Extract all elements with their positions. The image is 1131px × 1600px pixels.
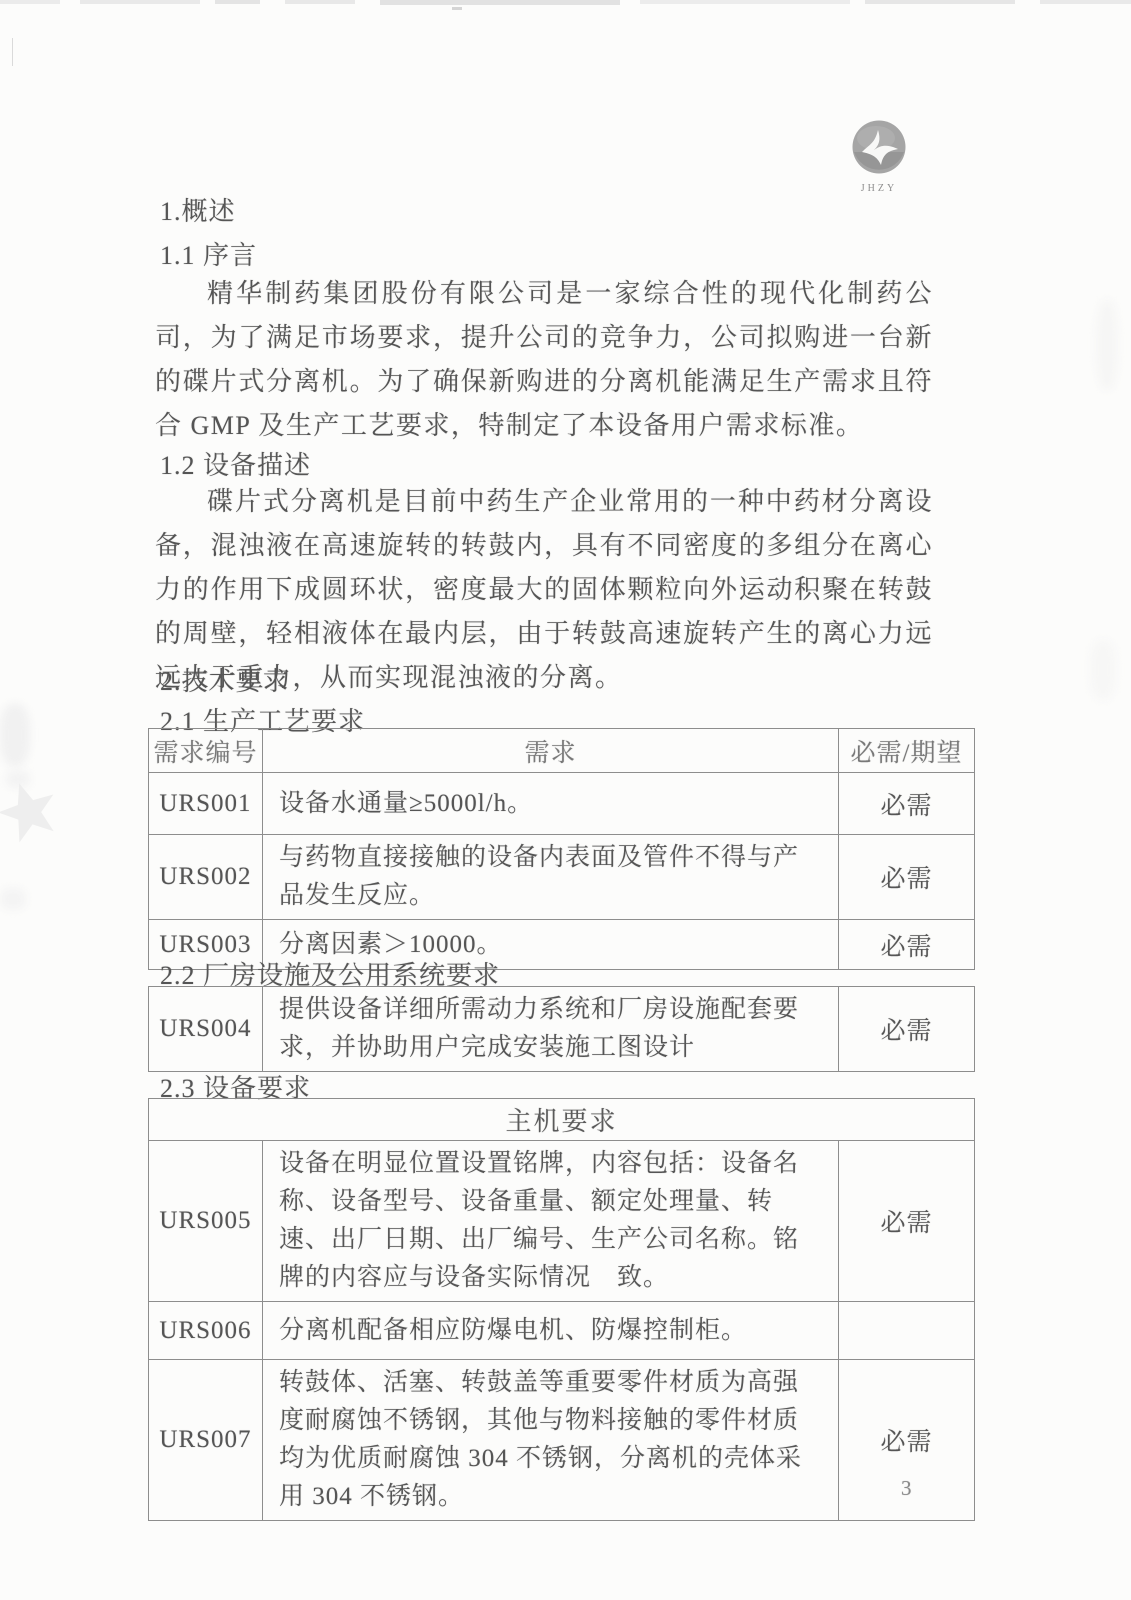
scan-artifact bbox=[12, 38, 13, 66]
table-row: URS007 转鼓体、活塞、转鼓盖等重要零件材质为高强度耐腐蚀不锈钢，其他与物料… bbox=[149, 1360, 975, 1521]
logo-mark-icon bbox=[850, 163, 908, 180]
paragraph-preface: 精华制药集团股份有限公司是一家综合性的现代化制药公司，为了满足市场要求，提升公司… bbox=[155, 272, 933, 448]
requirement-id-cell: URS007 bbox=[149, 1360, 263, 1521]
requirement-text-cell: 与药物直接接触的设备内表面及管件不得与产品发生反应。 bbox=[263, 835, 839, 920]
necessity-cell: 必需 bbox=[839, 1141, 975, 1302]
page-number: 3 bbox=[901, 1476, 912, 1501]
table-title: 主机要求 bbox=[149, 1099, 975, 1141]
scan-artifact bbox=[640, 0, 850, 4]
stamp-smudge bbox=[0, 704, 30, 766]
requirement-text-cell: 设备水通量≥5000l/h。 bbox=[263, 773, 839, 835]
heading-preface: 1.1 序言 bbox=[160, 235, 257, 272]
company-logo: JHZY bbox=[848, 118, 910, 194]
scanned-document-page: { "page": { "number": "3" }, "logo": { "… bbox=[0, 0, 1131, 1600]
requirement-id-cell: URS002 bbox=[149, 835, 263, 920]
necessity-cell bbox=[839, 1302, 975, 1360]
table-row: URS004 提供设备详细所需动力系统和厂房设施配套要求，并协助用户完成安装施工… bbox=[149, 987, 975, 1072]
requirement-text-cell: 设备在明显位置设置铭牌，内容包括：设备名称、设备型号、设备重量、额定处理量、转速… bbox=[263, 1141, 839, 1302]
stamp-smudge bbox=[1090, 640, 1116, 700]
scan-artifact bbox=[285, 0, 355, 4]
column-header-requirement: 需求 bbox=[263, 729, 839, 773]
scan-artifact bbox=[380, 0, 620, 5]
scan-artifact bbox=[0, 0, 60, 4]
scan-artifact bbox=[452, 7, 462, 10]
heading-technical-requirements: 2.技术要求 bbox=[160, 661, 290, 698]
requirement-id-cell: URS006 bbox=[149, 1302, 263, 1360]
necessity-cell: 必需 bbox=[839, 920, 975, 970]
table-header-row: 需求编号 需求 必需/期望 bbox=[149, 729, 975, 773]
requirement-text-cell: 分离机配备相应防爆电机、防爆控制柜。 bbox=[263, 1302, 839, 1360]
requirement-id-cell: URS005 bbox=[149, 1141, 263, 1302]
column-header-id: 需求编号 bbox=[149, 729, 263, 773]
necessity-cell: 必需 bbox=[839, 987, 975, 1072]
table-row: URS006 分离机配备相应防爆电机、防爆控制柜。 bbox=[149, 1302, 975, 1360]
facility-requirements-table: URS004 提供设备详细所需动力系统和厂房设施配套要求，并协助用户完成安装施工… bbox=[148, 986, 975, 1072]
equipment-requirements-table: 主机要求 URS005 设备在明显位置设置铭牌，内容包括：设备名称、设备型号、设… bbox=[148, 1098, 975, 1521]
scan-artifact bbox=[1040, 0, 1131, 4]
scan-artifact bbox=[80, 0, 200, 4]
scan-artifact bbox=[215, 0, 260, 4]
requirement-text-cell: 提供设备详细所需动力系统和厂房设施配套要求，并协助用户完成安装施工图设计 bbox=[263, 987, 839, 1072]
logo-caption: JHZY bbox=[848, 183, 910, 194]
process-requirements-table: 需求编号 需求 必需/期望 URS001 设备水通量≥5000l/h。 必需 U… bbox=[148, 728, 975, 970]
requirement-id-cell: URS001 bbox=[149, 773, 263, 835]
necessity-cell: 必需 bbox=[839, 773, 975, 835]
column-header-necessity: 必需/期望 bbox=[839, 729, 975, 773]
table-row: URS002 与药物直接接触的设备内表面及管件不得与产品发生反应。 必需 bbox=[149, 835, 975, 920]
table-row: URS001 设备水通量≥5000l/h。 必需 bbox=[149, 773, 975, 835]
necessity-cell: 必需 bbox=[839, 835, 975, 920]
scan-artifact bbox=[865, 0, 1015, 4]
requirement-text-cell: 转鼓体、活塞、转鼓盖等重要零件材质为高强度耐腐蚀不锈钢，其他与物料接触的零件材质… bbox=[263, 1360, 839, 1521]
star-watermark-icon bbox=[0, 773, 67, 855]
requirement-id-cell: URS004 bbox=[149, 987, 263, 1072]
stamp-smudge bbox=[0, 888, 26, 910]
stamp-smudge bbox=[1096, 300, 1118, 390]
table-title-row: 主机要求 bbox=[149, 1099, 975, 1141]
table-row: URS005 设备在明显位置设置铭牌，内容包括：设备名称、设备型号、设备重量、额… bbox=[149, 1141, 975, 1302]
heading-overview: 1.概述 bbox=[160, 191, 236, 228]
heading-device-description: 1.2 设备描述 bbox=[160, 445, 311, 482]
